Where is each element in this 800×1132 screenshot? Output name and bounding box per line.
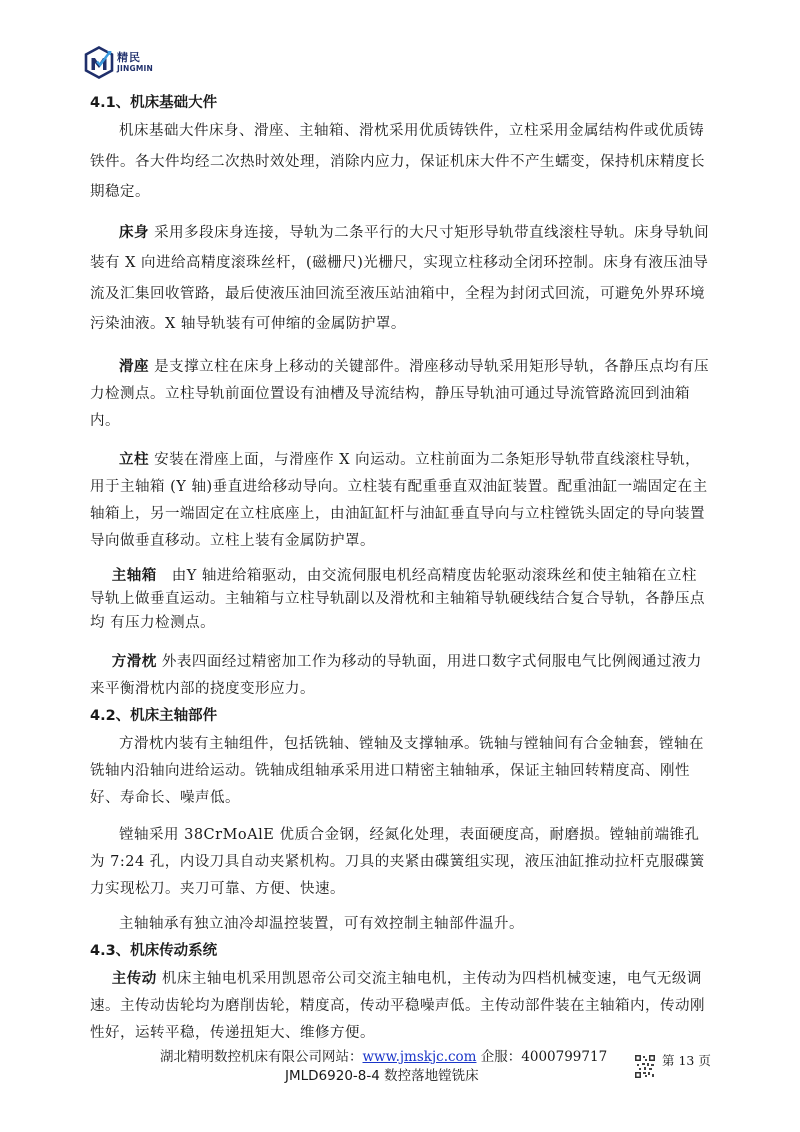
paragraph-main-drive: 主传动 机床主轴电机采用凯恩帝公司交流主轴电机，主传动为四档机械变速，电气无级调… [90, 966, 710, 1047]
paragraph-ram-text: 外表四面经过精密加工作为移动的导轨面，用进口数字式伺服电气比例阀通过液力来平衡滑… [90, 654, 702, 697]
keyword-main-drive: 主传动 [112, 971, 157, 987]
paragraph-column-text: 安装在滑座上面，与滑座作 X 向运动。立柱前面为二条矩形导轨带直线滚柱导轨，用于… [90, 452, 708, 549]
paragraph-boring-spindle: 镗轴采用 38CrMoAlE 优质合金钢，经氮化处理，表面硬度高，耐磨损。镗轴前… [90, 822, 710, 903]
footer-website-link[interactable]: www.jmskjc.com [363, 1049, 477, 1065]
section-heading-4-1: 4.1、机床基础大件 [90, 92, 710, 114]
paragraph-bearing-cooling: 主轴轴承有独立油冷却温控装置，可有效控制主轴部件温升。 [90, 911, 710, 938]
footer-company-label: 湖北精明数控机床有限公司网站： [160, 1049, 363, 1065]
paragraph-ram: 方滑枕 外表四面经过精密加工作为移动的导轨面，用进口数字式伺服电气比例阀通过液力… [90, 649, 710, 703]
paragraph-saddle-text: 是支撑立柱在床身上移动的关键部件。滑座移动导轨采用矩形导轨，各静压点均有压力检测… [90, 359, 709, 429]
logo-chinese-name: 精民 [117, 52, 153, 63]
paragraph-base-components: 机床基础大件床身、滑座、主轴箱、滑枕采用优质铸铁件，立柱采用金属结构件或优质铸铁… [90, 116, 710, 208]
keyword-column: 立柱 [119, 452, 149, 468]
paragraph-spindle-box-text: 由Y 轴进给箱驱动，由交流伺服电机经高精度齿轮驱动滚珠丝和使主轴箱在立柱导轨上做… [90, 568, 705, 631]
paragraph-bed: 床身 采用多段床身连接，导轨为二条平行的大尺寸矩形导轨带直线滚柱导轨。床身导轨间… [90, 218, 710, 340]
paragraph-spindle-assembly: 方滑枕内装有主轴组件，包括铣轴、镗轴及支撑轴承。铣轴与镗轴间有合金轴套，镗轴在铣… [90, 731, 710, 812]
page-number: 第 13 页 [662, 1051, 711, 1069]
logo-english-name: JINGMIN [117, 65, 153, 73]
footer-company-line: 湖北精明数控机床有限公司网站：www.jmskjc.com 企服：4000799… [160, 1045, 607, 1065]
keyword-spindle-box: 主轴箱 [112, 568, 157, 584]
footer-service-hotline: 企服：4000799717 [476, 1049, 607, 1065]
keyword-ram: 方滑枕 [112, 654, 157, 670]
company-logo: 精民 JINGMIN [84, 46, 153, 79]
qr-code-icon [635, 1055, 655, 1078]
paragraph-spindle-box: 主轴箱 由Y 轴进给箱驱动，由交流伺服电机经高精度齿轮驱动滚珠丝和使主轴箱在立柱… [90, 565, 710, 636]
footer-model-line: JMLD6920-8-4 数控落地镗铣床 [285, 1064, 479, 1084]
document-body: 4.1、机床基础大件 机床基础大件床身、滑座、主轴箱、滑枕采用优质铸铁件，立柱采… [90, 92, 710, 1047]
keyword-saddle: 滑座 [119, 359, 149, 375]
keyword-bed: 床身 [119, 225, 149, 241]
paragraph-saddle: 滑座 是支撑立柱在床身上移动的关键部件。滑座移动导轨采用矩形导轨，各静压点均有压… [90, 354, 710, 435]
section-heading-4-2: 4.2、机床主轴部件 [90, 705, 710, 727]
paragraph-main-drive-text: 机床主轴电机采用凯恩帝公司交流主轴电机，主传动为四档机械变速，电气无级调速。主传… [90, 971, 705, 1041]
paragraph-bed-text: 采用多段床身连接，导轨为二条平行的大尺寸矩形导轨带直线滚柱导轨。床身导轨间装有 … [90, 225, 709, 333]
jingmin-logo-icon [84, 46, 114, 79]
paragraph-column: 立柱 安装在滑座上面，与滑座作 X 向运动。立柱前面为二条矩形导轨带直线滚柱导轨… [90, 447, 710, 555]
section-heading-4-3: 4.3、机床传动系统 [90, 940, 710, 962]
